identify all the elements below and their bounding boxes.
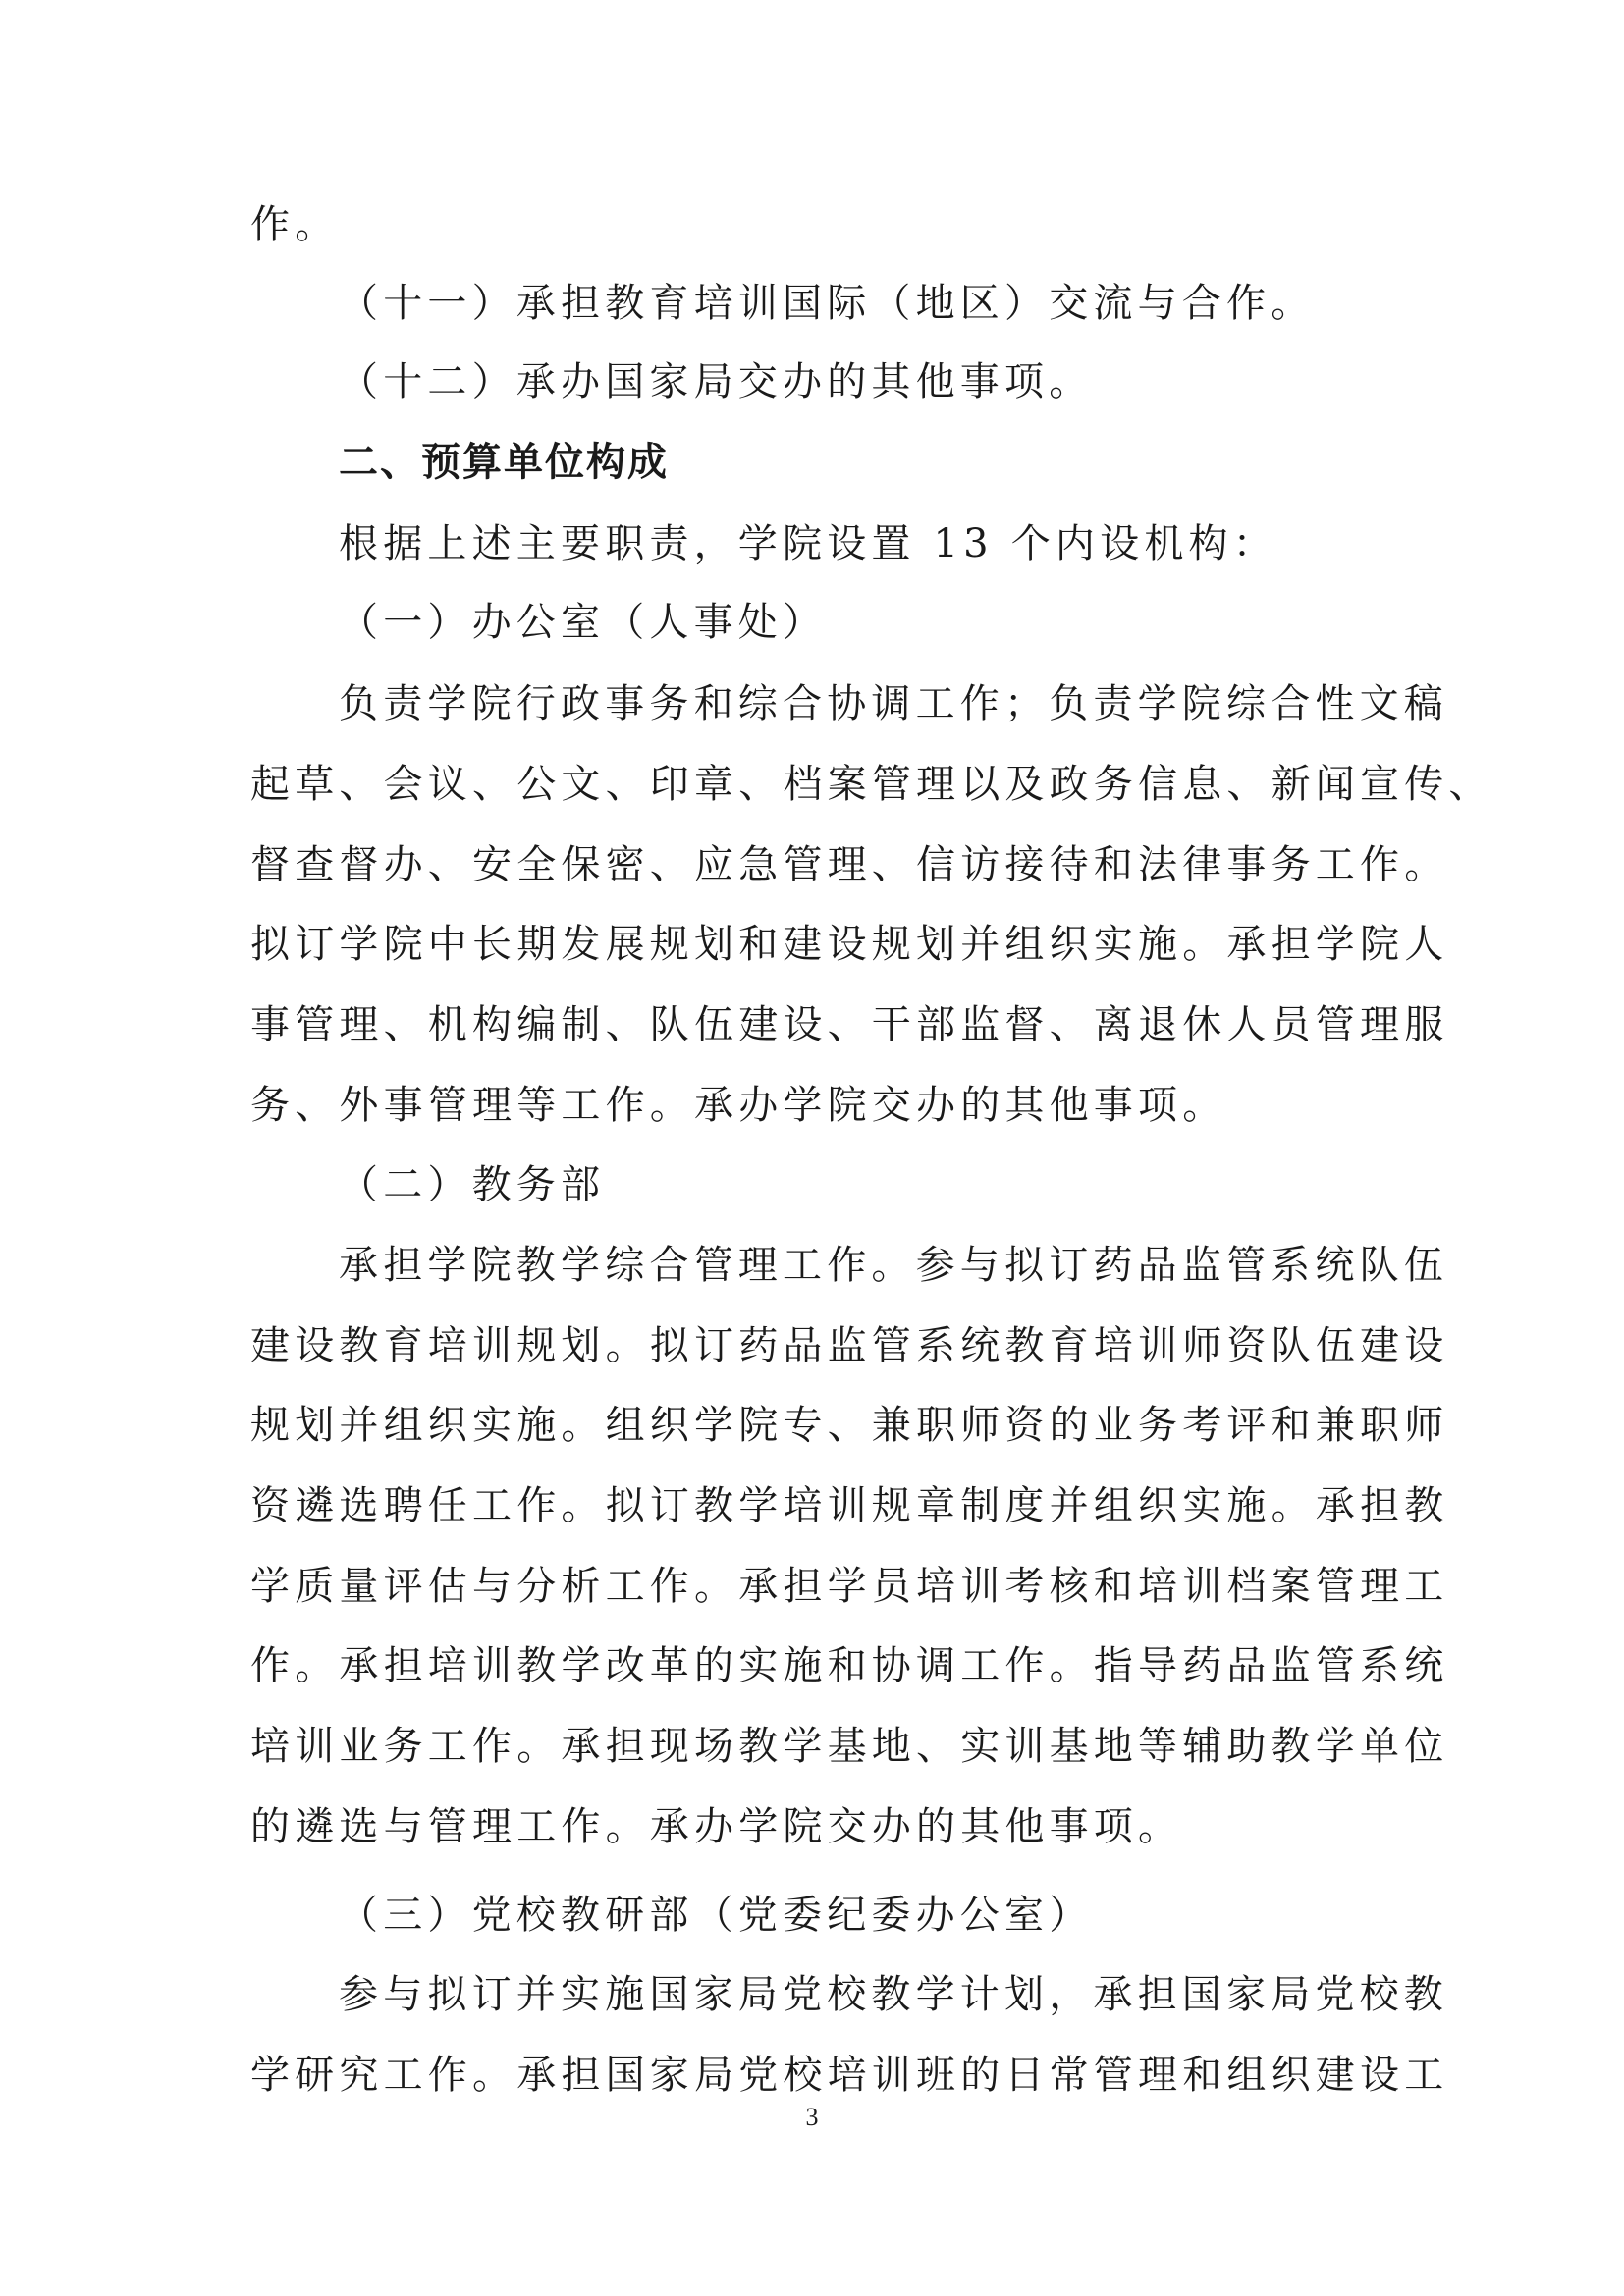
unit-title: （一）办公室（人事处） <box>339 599 1478 646</box>
intro-paragraph: 根据上述主要职责，学院设置 13 个内设机构： <box>339 520 1478 567</box>
page-number: 3 <box>0 2103 1624 2132</box>
unit-title: （三）党校教研部（党委纪委办公室） <box>339 1892 1478 1939</box>
paragraph-line: 务、外事管理等工作。承办学院交办的其他事项。 <box>250 1082 1389 1129</box>
paragraph-line: 负责学院行政事务和综合协调工作；负责学院综合性文稿 <box>339 680 1478 727</box>
paragraph-line: 起草、会议、公文、印章、档案管理以及政务信息、新闻宣传、 <box>250 761 1389 808</box>
paragraph-line: 参与拟订并实施国家局党校教学计划，承担国家局党校教 <box>339 1971 1478 2018</box>
paragraph-line: 学研究工作。承担国家局党校培训班的日常管理和组织建设工 <box>250 2052 1389 2099</box>
section-heading: 二、预算单位构成 <box>339 439 1478 486</box>
document-page: 作。 （十一）承担教育培训国际（地区）交流与合作。 （十二）承办国家局交办的其他… <box>0 0 1624 2296</box>
list-item-12: （十二）承办国家局交办的其他事项。 <box>339 358 1478 405</box>
unit-title: （二）教务部 <box>339 1161 1478 1208</box>
paragraph-line: 资遴选聘任工作。拟订教学培训规章制度并组织实施。承担教 <box>250 1482 1389 1529</box>
paragraph-line: 学质量评估与分析工作。承担学员培训考核和培训档案管理工 <box>250 1563 1389 1610</box>
list-item-11: （十一）承担教育培训国际（地区）交流与合作。 <box>339 280 1478 327</box>
paragraph-line: 的遴选与管理工作。承办学院交办的其他事项。 <box>250 1803 1389 1850</box>
paragraph-line: 培训业务工作。承担现场教学基地、实训基地等辅助教学单位 <box>250 1723 1389 1770</box>
text-line: 作。 <box>250 201 1389 248</box>
paragraph-line: 作。承担培训教学改革的实施和协调工作。指导药品监管系统 <box>250 1642 1389 1689</box>
paragraph-line: 建设教育培训规划。拟订药品监管系统教育培训师资队伍建设 <box>250 1322 1389 1369</box>
paragraph-line: 拟订学院中长期发展规划和建设规划并组织实施。承担学院人 <box>250 921 1389 968</box>
paragraph-line: 规划并组织实施。组织学院专、兼职师资的业务考评和兼职师 <box>250 1402 1389 1449</box>
paragraph-line: 事管理、机构编制、队伍建设、干部监督、离退休人员管理服 <box>250 1001 1389 1048</box>
paragraph-line: 督查督办、安全保密、应急管理、信访接待和法律事务工作。 <box>250 841 1389 888</box>
paragraph-line: 承担学院教学综合管理工作。参与拟订药品监管系统队伍 <box>339 1242 1478 1289</box>
